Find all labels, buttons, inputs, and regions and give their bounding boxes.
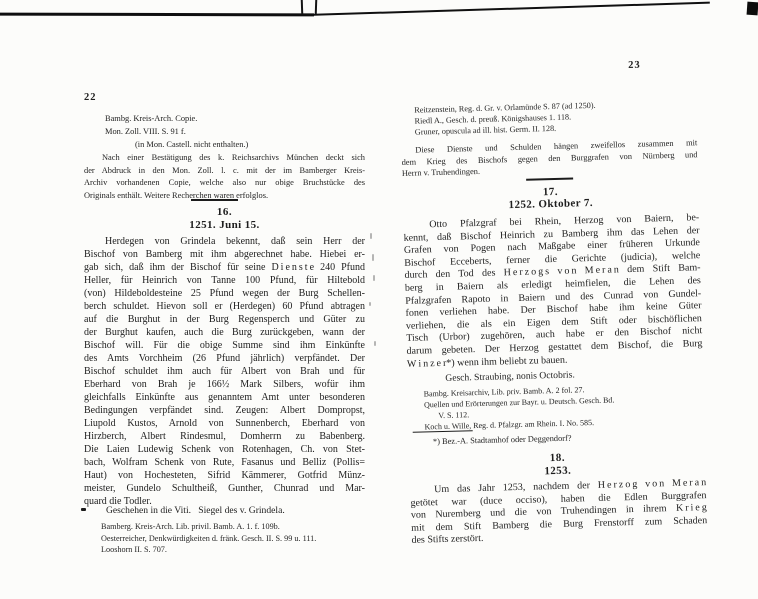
- text-line: Nach einer Bestätigung des k. Reichsarch…: [84, 152, 365, 165]
- text-line: meister, Gundelo Schultheiß, Gunther, Ch…: [84, 482, 365, 495]
- text-line: Oesterreicher, Denkwürdigkeiten d. fränk…: [101, 533, 363, 545]
- footnote: *) Bez.-A. Stadtamhof oder Deggendorf?: [433, 434, 572, 447]
- text-line: Haut) von Hochesteten, Sifrid Kämmerer, …: [84, 469, 365, 482]
- text-line: berch schuldet. Hievon soll er (Herdegen…: [84, 300, 365, 313]
- entry-16-citations-continued: Reitzenstein, Reg. d. Gr. v. Orlamünde S…: [414, 98, 655, 138]
- text-line: gab sich, daß ihm der Bischof für seine …: [84, 261, 365, 274]
- gutter-mark: [373, 275, 375, 281]
- text-line: (von) Hildeboldesteine 25 Pfund wegen de…: [84, 287, 365, 300]
- margin-mark-dot: [81, 508, 86, 511]
- text-line: der Burghut kaufen, auch die Burg zurück…: [84, 326, 365, 339]
- source-citation-block: Bambg. Kreis-Arch. Copie.Mon. Zoll. VIII…: [105, 112, 355, 152]
- text-line: Hirzberch, Albert Rindesmul, Domherrn zu…: [84, 430, 365, 443]
- section-rule-17: [526, 177, 573, 180]
- entry-18-body: Um das Jahr 1253, nachdem der H e r z o …: [410, 477, 708, 547]
- gutter-mark: [374, 341, 376, 346]
- gutter-mark: [370, 233, 372, 239]
- entry-16-citations: Bamberg. Kreis-Arch. Lib. privil. Bamb. …: [101, 521, 363, 556]
- gutter-mark: [369, 302, 371, 306]
- entry-17-body: Otto Pfalzgraf bei Rhein, Herzog von Bai…: [403, 212, 703, 371]
- text-line: Herdegen von Grindela bekennt, daß sein …: [84, 235, 365, 248]
- footnote-rule: [413, 430, 473, 433]
- entry-16-body: Herdegen von Grindela bekennt, daß sein …: [84, 235, 365, 508]
- text-line: Eberhard von Brah je 166½ Mark Silbers, …: [84, 378, 365, 391]
- section-rule-16: [191, 199, 238, 201]
- entry-16-number: 16.: [84, 206, 365, 218]
- entry-17-closing: Gesch. Straubing, nonis Octobris.: [445, 370, 575, 384]
- entry-16-closing: Geschehen in die Viti. Siegel des v. Gri…: [106, 505, 285, 516]
- text-line: bach, Wolfram Schenk von Rute, Fasanus u…: [84, 456, 365, 469]
- text-line: Bamberg. Kreis-Arch. Lib. privil. Bamb. …: [101, 521, 363, 533]
- page-number-right: 23: [628, 60, 641, 71]
- text-line: Die Laien Ludewig Schenk von Rotenhagen,…: [84, 443, 365, 456]
- text-line: Heller, für Heinrich von Tanne 100 Pfund…: [84, 274, 365, 287]
- text-line: (in Mon. Castell. nicht enthalten.): [105, 138, 355, 151]
- text-line: des Amts Vorchheim (26 Pfund jährlich) v…: [84, 352, 365, 365]
- text-line: Bischof von Bamberg mit ihm abgerechnet …: [84, 248, 365, 261]
- left-page: 22 Bambg. Kreis-Arch. Copie.Mon. Zoll. V…: [84, 0, 365, 599]
- text-line: Bambg. Kreis-Arch. Copie.: [105, 112, 355, 125]
- gutter-mark: [372, 254, 374, 261]
- text-line: Mon. Zoll. VIII. S. 91 f.: [105, 125, 355, 138]
- entry-17-citations: Bambg. Kreisarchiv, Lib. priv. Bamb. A. …: [424, 381, 697, 432]
- text-line: Looshorn II. S. 707.: [101, 544, 363, 556]
- text-line: Bischof schuldet ihm auch für Albert von…: [84, 365, 365, 378]
- text-line: der Abdruck in den Mon. Zoll. l. c. mit …: [84, 165, 365, 178]
- book-scan-spread: 22 Bambg. Kreis-Arch. Copie.Mon. Zoll. V…: [0, 0, 758, 599]
- entry-16-date: 1251. Juni 15.: [84, 219, 365, 231]
- text-line: Archiv vorhandenen Copie, welche also nu…: [84, 177, 365, 190]
- page-number-left: 22: [84, 92, 97, 103]
- text-line: Bischof will. Für die obige Summe sind i…: [84, 339, 365, 352]
- right-page: 23 Reitzenstein, Reg. d. Gr. v. Orlamünd…: [398, 0, 710, 599]
- text-line: gleichfalls Einkünfte aus genanntem Amt …: [84, 391, 365, 404]
- text-line: Bedingungen verpfändet sind. Zeugen: Alb…: [84, 404, 365, 417]
- text-line: Liupold Kustos, Arnold von Sunnenberch, …: [84, 417, 365, 430]
- scan-corner-mark: [747, 2, 758, 16]
- editorial-note-right: Diese Dienste und Schulden hängen zweife…: [401, 137, 698, 180]
- text-line: auf die Burghut in der Burg Regensperch …: [84, 313, 365, 326]
- editorial-note-left: Nach einer Bestätigung des k. Reichsarch…: [84, 152, 365, 202]
